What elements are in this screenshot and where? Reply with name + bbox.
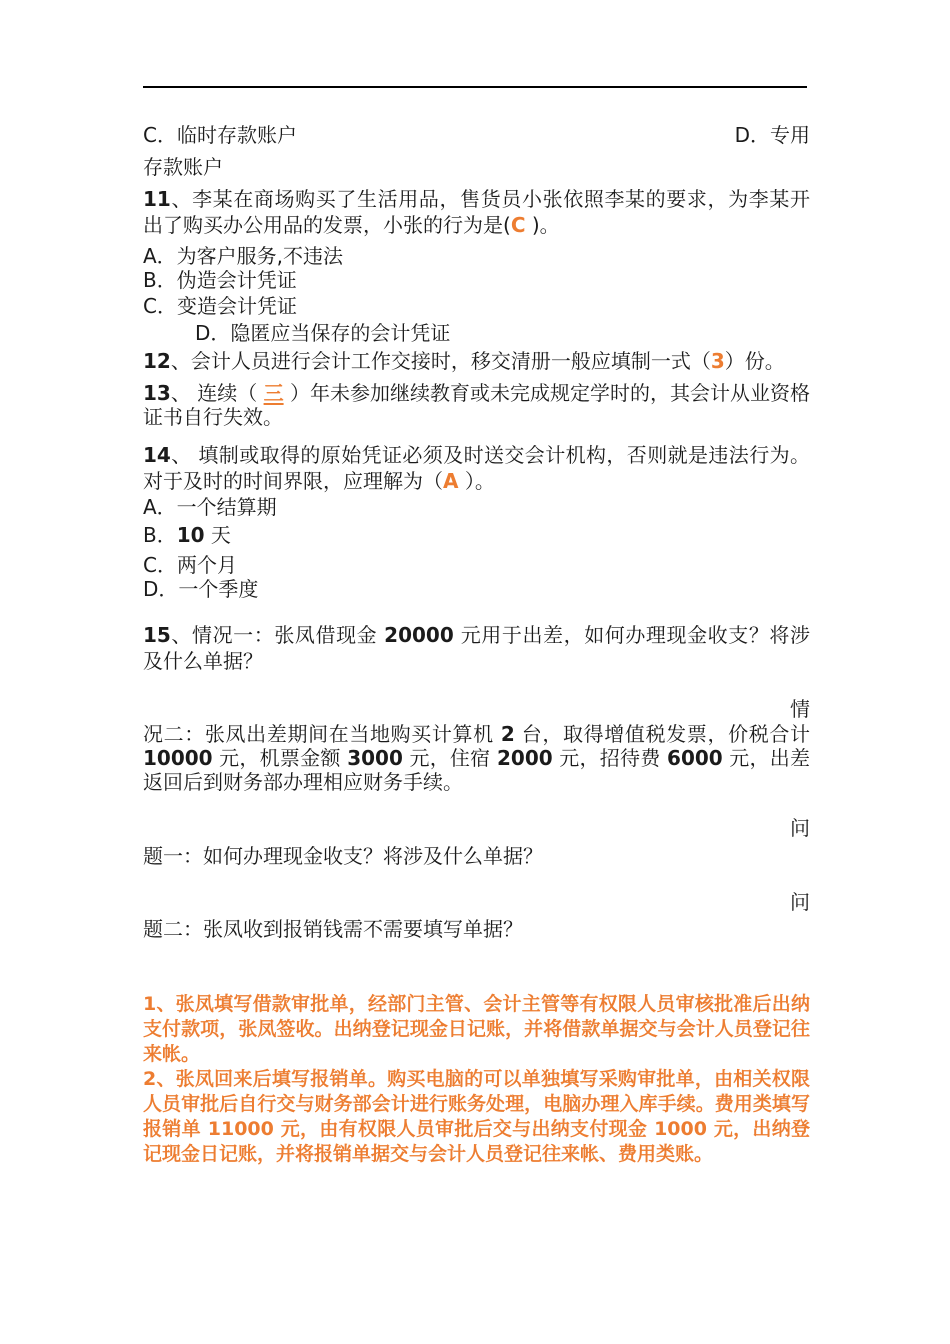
text-run: 元，由有权限人员审批后交与出纳支付现金 xyxy=(274,1118,654,1140)
text-run: A．为客户服务,不违法 xyxy=(143,244,343,268)
text-run: 元，机票金额 xyxy=(213,746,348,770)
q14-option-b: B．10 天 xyxy=(143,523,810,547)
question-13: 13、 连续（ 三 ）年未参加继续教育或未完成规定学时的，其会计从业资格证书自行… xyxy=(143,381,810,429)
split-left: C．临时存款账户 xyxy=(143,122,297,148)
text-run: 3000 xyxy=(347,746,403,770)
text-run: ）份。 xyxy=(725,349,785,373)
q11-option-c: C．变造会计凭证 xyxy=(143,294,810,318)
q11-option-d: D．隐匿应当保存的会计凭证 xyxy=(143,321,810,345)
question-12: 12、会计人员进行会计工作交接时，移交清册一般应填制一式（3）份。 xyxy=(143,348,810,374)
q11-option-a: A．为客户服务,不违法 xyxy=(143,244,810,268)
text-run: C．变造会计凭证 xyxy=(143,294,297,318)
document-page: C．临时存款账户D．专用存款账户11、李某在商场购买了生活用品，售货员小张依照李… xyxy=(0,0,950,1344)
answer-note-2: 2、张凤回来后填写报销单。购买电脑的可以单独填写采购审批单，由相关权限人员审批后… xyxy=(143,1067,810,1167)
text-run: 14 xyxy=(143,443,171,467)
text-run: 11000 xyxy=(208,1118,274,1140)
text-run: 1、张凤填写借款审批单，经部门主管、会计主管等有权限人员审核批准后出纳支付款项，… xyxy=(143,993,810,1065)
case2-lead-char: 情 xyxy=(143,696,810,722)
text-run: 、 连续（ xyxy=(171,381,264,405)
text-run: 问 xyxy=(790,816,810,840)
case2-body: 况二：张凤出差期间在当地购买计算机 2 台，取得增值税发票，价税合计 10000… xyxy=(143,722,810,794)
text-run: A．一个结算期 xyxy=(143,495,277,519)
text-run: 、会计人员进行会计工作交接时，移交清册一般应填制一式（ xyxy=(171,349,711,373)
text-run: 10000 xyxy=(143,746,213,770)
question-15: 15、情况一：张凤借现金 20000 元用于出差，如何办理现金收支？将涉及什么单… xyxy=(143,622,810,674)
question1-lead-char: 问 xyxy=(143,815,810,841)
split-right: D．专用 xyxy=(735,122,810,148)
text-run: 况二：张凤出差期间在当地购买计算机 xyxy=(143,722,501,746)
text-run: 20000 xyxy=(384,623,454,647)
question2-lead-char: 问 xyxy=(143,889,810,915)
text-run: 10 xyxy=(177,523,205,547)
text-run: )。 xyxy=(526,213,560,237)
text-run: 天 xyxy=(205,523,231,547)
q14-option-d: D．一个季度 xyxy=(143,577,810,601)
text-run: 15 xyxy=(143,623,171,647)
question-11: 11、李某在商场购买了生活用品，售货员小张依照李某的要求，为李某开出了购买办公用… xyxy=(143,186,810,238)
text-run: 2 xyxy=(501,722,515,746)
text-run: ）。 xyxy=(458,469,494,493)
answer-text: C xyxy=(511,213,526,237)
text-run: 2000 xyxy=(497,746,553,770)
text-run: 1000 xyxy=(654,1118,707,1140)
text-run: C．临时存款账户 xyxy=(143,123,297,147)
text-run: 情 xyxy=(790,697,810,721)
text-run: B．伪造会计凭证 xyxy=(143,268,297,292)
answer-text: 三 xyxy=(264,381,284,405)
text-run: 11 xyxy=(143,187,171,211)
q14-option-c: C．两个月 xyxy=(143,553,810,577)
text-run: 题一：如何办理现金收支？将涉及什么单据？ xyxy=(143,844,543,868)
text-run: 、情况一：张凤借现金 xyxy=(171,623,384,647)
option-line-cd-wrap: 存款账户 xyxy=(143,154,810,180)
text-run: 13 xyxy=(143,381,171,405)
question2-body: 题二：张凤收到报销钱需不需要填写单据？ xyxy=(143,916,810,942)
text-run: 问 xyxy=(790,890,810,914)
text-run: B． xyxy=(143,523,177,547)
text-run: 元，住宿 xyxy=(403,746,497,770)
text-run: 6000 xyxy=(667,746,723,770)
text-run: 、李某在商场购买了生活用品，售货员小张依照李某的要求，为李某开出了购买办公用品的… xyxy=(143,187,810,237)
text-run: 12 xyxy=(143,349,171,373)
answer-note-1: 1、张凤填写借款审批单，经部门主管、会计主管等有权限人员审核批准后出纳支付款项，… xyxy=(143,992,810,1067)
text-run: 台，取得增值税发票，价税合计 xyxy=(515,722,810,746)
text-run: D．一个季度 xyxy=(143,577,258,601)
text-run: 存款账户 xyxy=(143,155,223,179)
text-run: 元，招待费 xyxy=(553,746,667,770)
text-run: D．专用 xyxy=(735,123,810,147)
q11-option-b: B．伪造会计凭证 xyxy=(143,268,810,292)
answer-text: 3 xyxy=(711,349,725,373)
answer-text: A xyxy=(443,469,458,493)
question1-body: 题一：如何办理现金收支？将涉及什么单据？ xyxy=(143,843,810,869)
document-content: C．临时存款账户D．专用存款账户11、李某在商场购买了生活用品，售货员小张依照李… xyxy=(143,0,810,1167)
text-run: 题二：张凤收到报销钱需不需要填写单据？ xyxy=(143,917,523,941)
option-line-c10-d10: C．临时存款账户D．专用 xyxy=(143,122,810,148)
question-14: 14、 填制或取得的原始凭证必须及时送交会计机构，否则就是违法行为。对于及时的时… xyxy=(143,442,810,494)
text-run: D．隐匿应当保存的会计凭证 xyxy=(195,321,450,345)
text-run: C．两个月 xyxy=(143,553,237,577)
q14-option-a: A．一个结算期 xyxy=(143,495,810,519)
